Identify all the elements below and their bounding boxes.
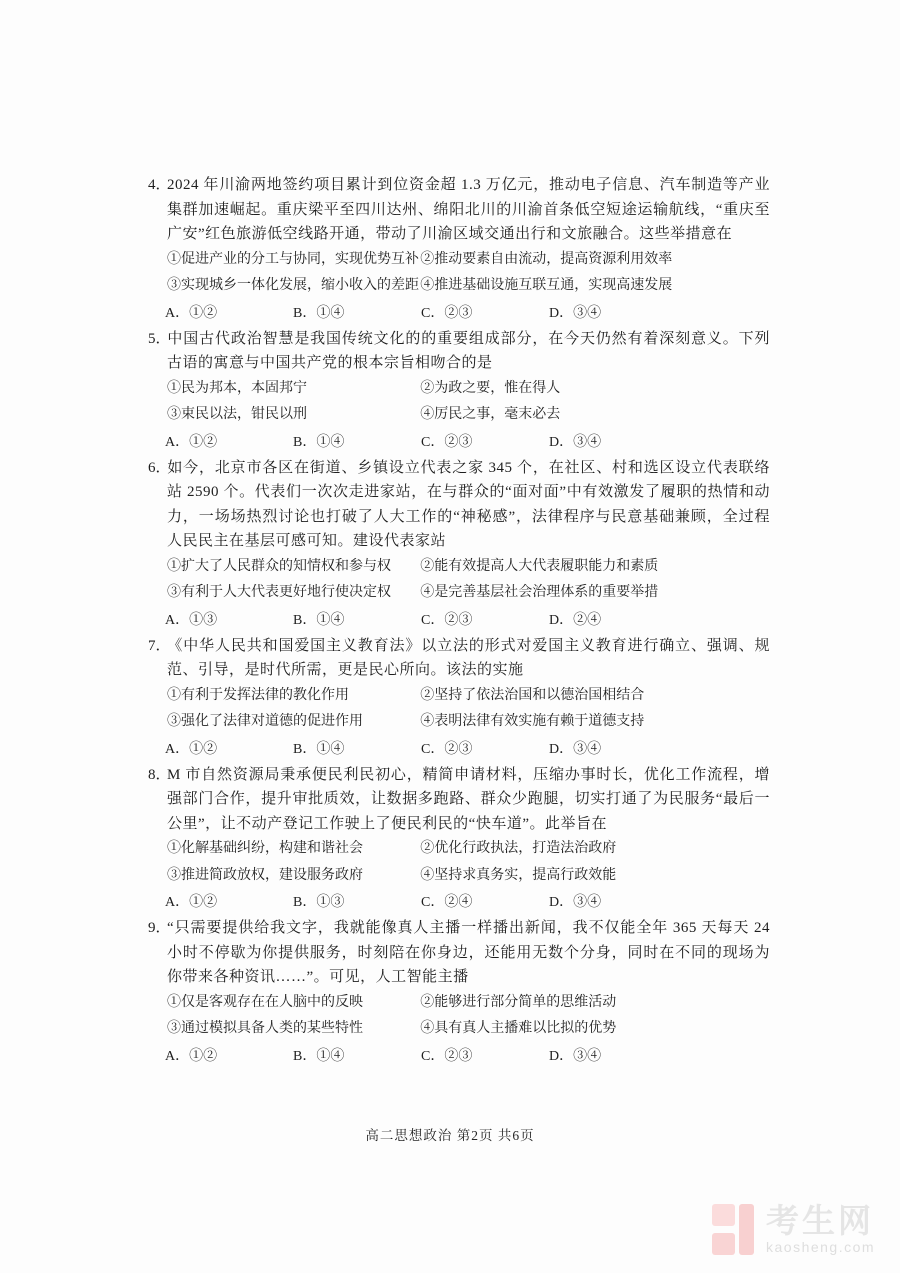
- option-d: D．③④: [549, 429, 770, 456]
- statement-2: ②坚持了依法治国和以德治国相结合: [420, 683, 770, 710]
- question-4: 4．2024 年川渝两地签约项目累计到位资金超 1.3 万亿元，推动电子信息、汽…: [148, 173, 770, 327]
- option-c: C．②③: [421, 429, 549, 456]
- question-stem-text: “只需要提供给我文字，我就能像真人主播一样播出新闻，我不仅能全年 365 天每天…: [167, 920, 770, 985]
- option-c: C．②③: [421, 736, 549, 763]
- kaosheng-watermark: 考生网 kaosheng.com: [712, 1204, 875, 1256]
- option-a: A．①③: [165, 607, 293, 634]
- option-b: B．①④: [293, 607, 421, 634]
- statement-4: ④推进基础设施互联互通，实现高速发展: [420, 273, 770, 300]
- question-number: 6．: [148, 456, 167, 481]
- question-stem-text: 2024 年川渝两地签约项目累计到位资金超 1.3 万亿元，推动电子信息、汽车制…: [167, 177, 770, 242]
- statement-2: ②能够进行部分简单的思维活动: [420, 990, 770, 1017]
- question-number: 7．: [148, 634, 167, 659]
- question-number: 9．: [148, 916, 167, 941]
- question-stem-text: 如今，北京市各区在街道、乡镇设立代表之家 345 个，在社区、村和选区设立代表联…: [167, 460, 770, 550]
- exam-page-scan: 4．2024 年川渝两地签约项目累计到位资金超 1.3 万亿元，推动电子信息、汽…: [0, 0, 900, 1273]
- option-a: A．①②: [165, 429, 293, 456]
- watermark-text: 考生网 kaosheng.com: [766, 1204, 875, 1255]
- logo-block-top-left: [712, 1204, 735, 1226]
- watermark-site-name: 考生网: [766, 1204, 875, 1238]
- question-stem: 4．2024 年川渝两地签约项目累计到位资金超 1.3 万亿元，推动电子信息、汽…: [148, 173, 770, 247]
- option-b: B．①④: [293, 429, 421, 456]
- option-c: C．②③: [421, 1043, 549, 1070]
- statement-2: ②为政之要，惟在得人: [420, 376, 770, 403]
- logo-block-right-bar: [739, 1204, 754, 1255]
- statement-1: ①民为邦本，本固邦宁: [167, 376, 420, 403]
- statement-3: ③束民以法，钳民以刑: [167, 402, 420, 429]
- statement-1: ①仅是客观存在在人脑中的反映: [167, 990, 420, 1017]
- statements: ①民为邦本，本固邦宁 ②为政之要，惟在得人 ③束民以法，钳民以刑 ④厉民之事，毫…: [148, 376, 770, 429]
- option-c: C．②③: [421, 607, 549, 634]
- question-7: 7．《中华人民共和国爱国主义教育法》以立法的形式对爱国主义教育进行确立、强调、规…: [148, 634, 770, 763]
- option-a: A．①②: [165, 736, 293, 763]
- logo-block-bottom-left: [712, 1233, 735, 1255]
- options-row: A．①② B．①④ C．②③ D．③④: [148, 1043, 770, 1070]
- options-row: A．①③ B．①④ C．②③ D．②④: [148, 607, 770, 634]
- option-b: B．①④: [293, 736, 421, 763]
- kaosheng-logo-icon: [712, 1204, 757, 1256]
- options-row: A．①② B．①④ C．②③ D．③④: [148, 300, 770, 327]
- questions-list: 4．2024 年川渝两地签约项目累计到位资金超 1.3 万亿元，推动电子信息、汽…: [148, 173, 770, 1070]
- statement-2: ②优化行政执法，打造法治政府: [420, 836, 770, 863]
- statement-1: ①扩大了人民群众的知情权和参与权: [167, 554, 420, 581]
- statement-3: ③实现城乡一体化发展，缩小收入的差距: [167, 273, 420, 300]
- option-b: B．①③: [293, 889, 421, 916]
- statement-3: ③强化了法律对道德的促进作用: [167, 709, 420, 736]
- statements: ①有利于发挥法律的教化作用 ②坚持了依法治国和以德治国相结合 ③强化了法律对道德…: [148, 683, 770, 736]
- statement-1: ①化解基础纠纷，构建和谐社会: [167, 836, 420, 863]
- statements: ①扩大了人民群众的知情权和参与权 ②能有效提高人大代表履职能力和素质 ③有利于人…: [148, 554, 770, 607]
- statements: ①化解基础纠纷，构建和谐社会 ②优化行政执法，打造法治政府 ③推进简政放权，建设…: [148, 836, 770, 889]
- option-b: B．①④: [293, 300, 421, 327]
- statement-1: ①促进产业的分工与协同，实现优势互补: [167, 247, 420, 274]
- statements: ①促进产业的分工与协同，实现优势互补 ②推动要素自由流动，提高资源利用效率 ③实…: [148, 247, 770, 300]
- question-stem-text: M 市自然资源局秉承便民利民初心，精简申请材料，压缩办事时长，优化工作流程，增强…: [167, 767, 770, 832]
- question-stem: 6．如今，北京市各区在街道、乡镇设立代表之家 345 个，在社区、村和选区设立代…: [148, 456, 770, 554]
- option-d: D．②④: [549, 607, 770, 634]
- question-stem: 9．“只需要提供给我文字，我就能像真人主播一样播出新闻，我不仅能全年 365 天…: [148, 916, 770, 990]
- statement-4: ④是完善基层社会治理体系的重要举措: [420, 580, 770, 607]
- option-d: D．③④: [549, 889, 770, 916]
- watermark-site-domain: kaosheng.com: [766, 1240, 875, 1255]
- question-stem: 5．中国古代政治智慧是我国传统文化的的重要组成部分，在今天仍然有着深刻意义。下列…: [148, 327, 770, 376]
- option-a: A．①②: [165, 889, 293, 916]
- statement-3: ③通过模拟具备人类的某些特性: [167, 1016, 420, 1043]
- question-number: 8．: [148, 763, 167, 788]
- option-d: D．③④: [549, 1043, 770, 1070]
- option-c: C．②④: [421, 889, 549, 916]
- question-9: 9．“只需要提供给我文字，我就能像真人主播一样播出新闻，我不仅能全年 365 天…: [148, 916, 770, 1070]
- question-stem-text: 《中华人民共和国爱国主义教育法》以立法的形式对爱国主义教育进行确立、强调、规范、…: [167, 638, 770, 679]
- statement-2: ②推动要素自由流动，提高资源利用效率: [420, 247, 770, 274]
- page-footer: 高二思想政治 第2页 共6页: [0, 1124, 900, 1144]
- statement-4: ④具有真人主播难以比拟的优势: [420, 1016, 770, 1043]
- question-number: 5．: [148, 327, 167, 352]
- option-b: B．①④: [293, 1043, 421, 1070]
- statement-4: ④厉民之事，毫末必去: [420, 402, 770, 429]
- statement-3: ③有利于人大代表更好地行使决定权: [167, 580, 420, 607]
- question-6: 6．如今，北京市各区在街道、乡镇设立代表之家 345 个，在社区、村和选区设立代…: [148, 456, 770, 634]
- question-stem: 7．《中华人民共和国爱国主义教育法》以立法的形式对爱国主义教育进行确立、强调、规…: [148, 634, 770, 683]
- question-5: 5．中国古代政治智慧是我国传统文化的的重要组成部分，在今天仍然有着深刻意义。下列…: [148, 327, 770, 456]
- option-c: C．②③: [421, 300, 549, 327]
- question-number: 4．: [148, 173, 167, 198]
- options-row: A．①② B．①④ C．②③ D．③④: [148, 429, 770, 456]
- question-stem: 8．M 市自然资源局秉承便民利民初心，精简申请材料，压缩办事时长，优化工作流程，…: [148, 763, 770, 837]
- options-row: A．①② B．①③ C．②④ D．③④: [148, 889, 770, 916]
- statement-1: ①有利于发挥法律的教化作用: [167, 683, 420, 710]
- question-stem-text: 中国古代政治智慧是我国传统文化的的重要组成部分，在今天仍然有着深刻意义。下列古语…: [167, 331, 770, 372]
- option-d: D．③④: [549, 300, 770, 327]
- statement-4: ④表明法律有效实施有赖于道德支持: [420, 709, 770, 736]
- statement-2: ②能有效提高人大代表履职能力和素质: [420, 554, 770, 581]
- statement-3: ③推进简政放权，建设服务政府: [167, 863, 420, 890]
- statements: ①仅是客观存在在人脑中的反映 ②能够进行部分简单的思维活动 ③通过模拟具备人类的…: [148, 990, 770, 1043]
- options-row: A．①② B．①④ C．②③ D．③④: [148, 736, 770, 763]
- option-d: D．③④: [549, 736, 770, 763]
- statement-4: ④坚持求真务实，提高行政效能: [420, 863, 770, 890]
- option-a: A．①②: [165, 1043, 293, 1070]
- question-8: 8．M 市自然资源局秉承便民利民初心，精简申请材料，压缩办事时长，优化工作流程，…: [148, 763, 770, 917]
- option-a: A．①②: [165, 300, 293, 327]
